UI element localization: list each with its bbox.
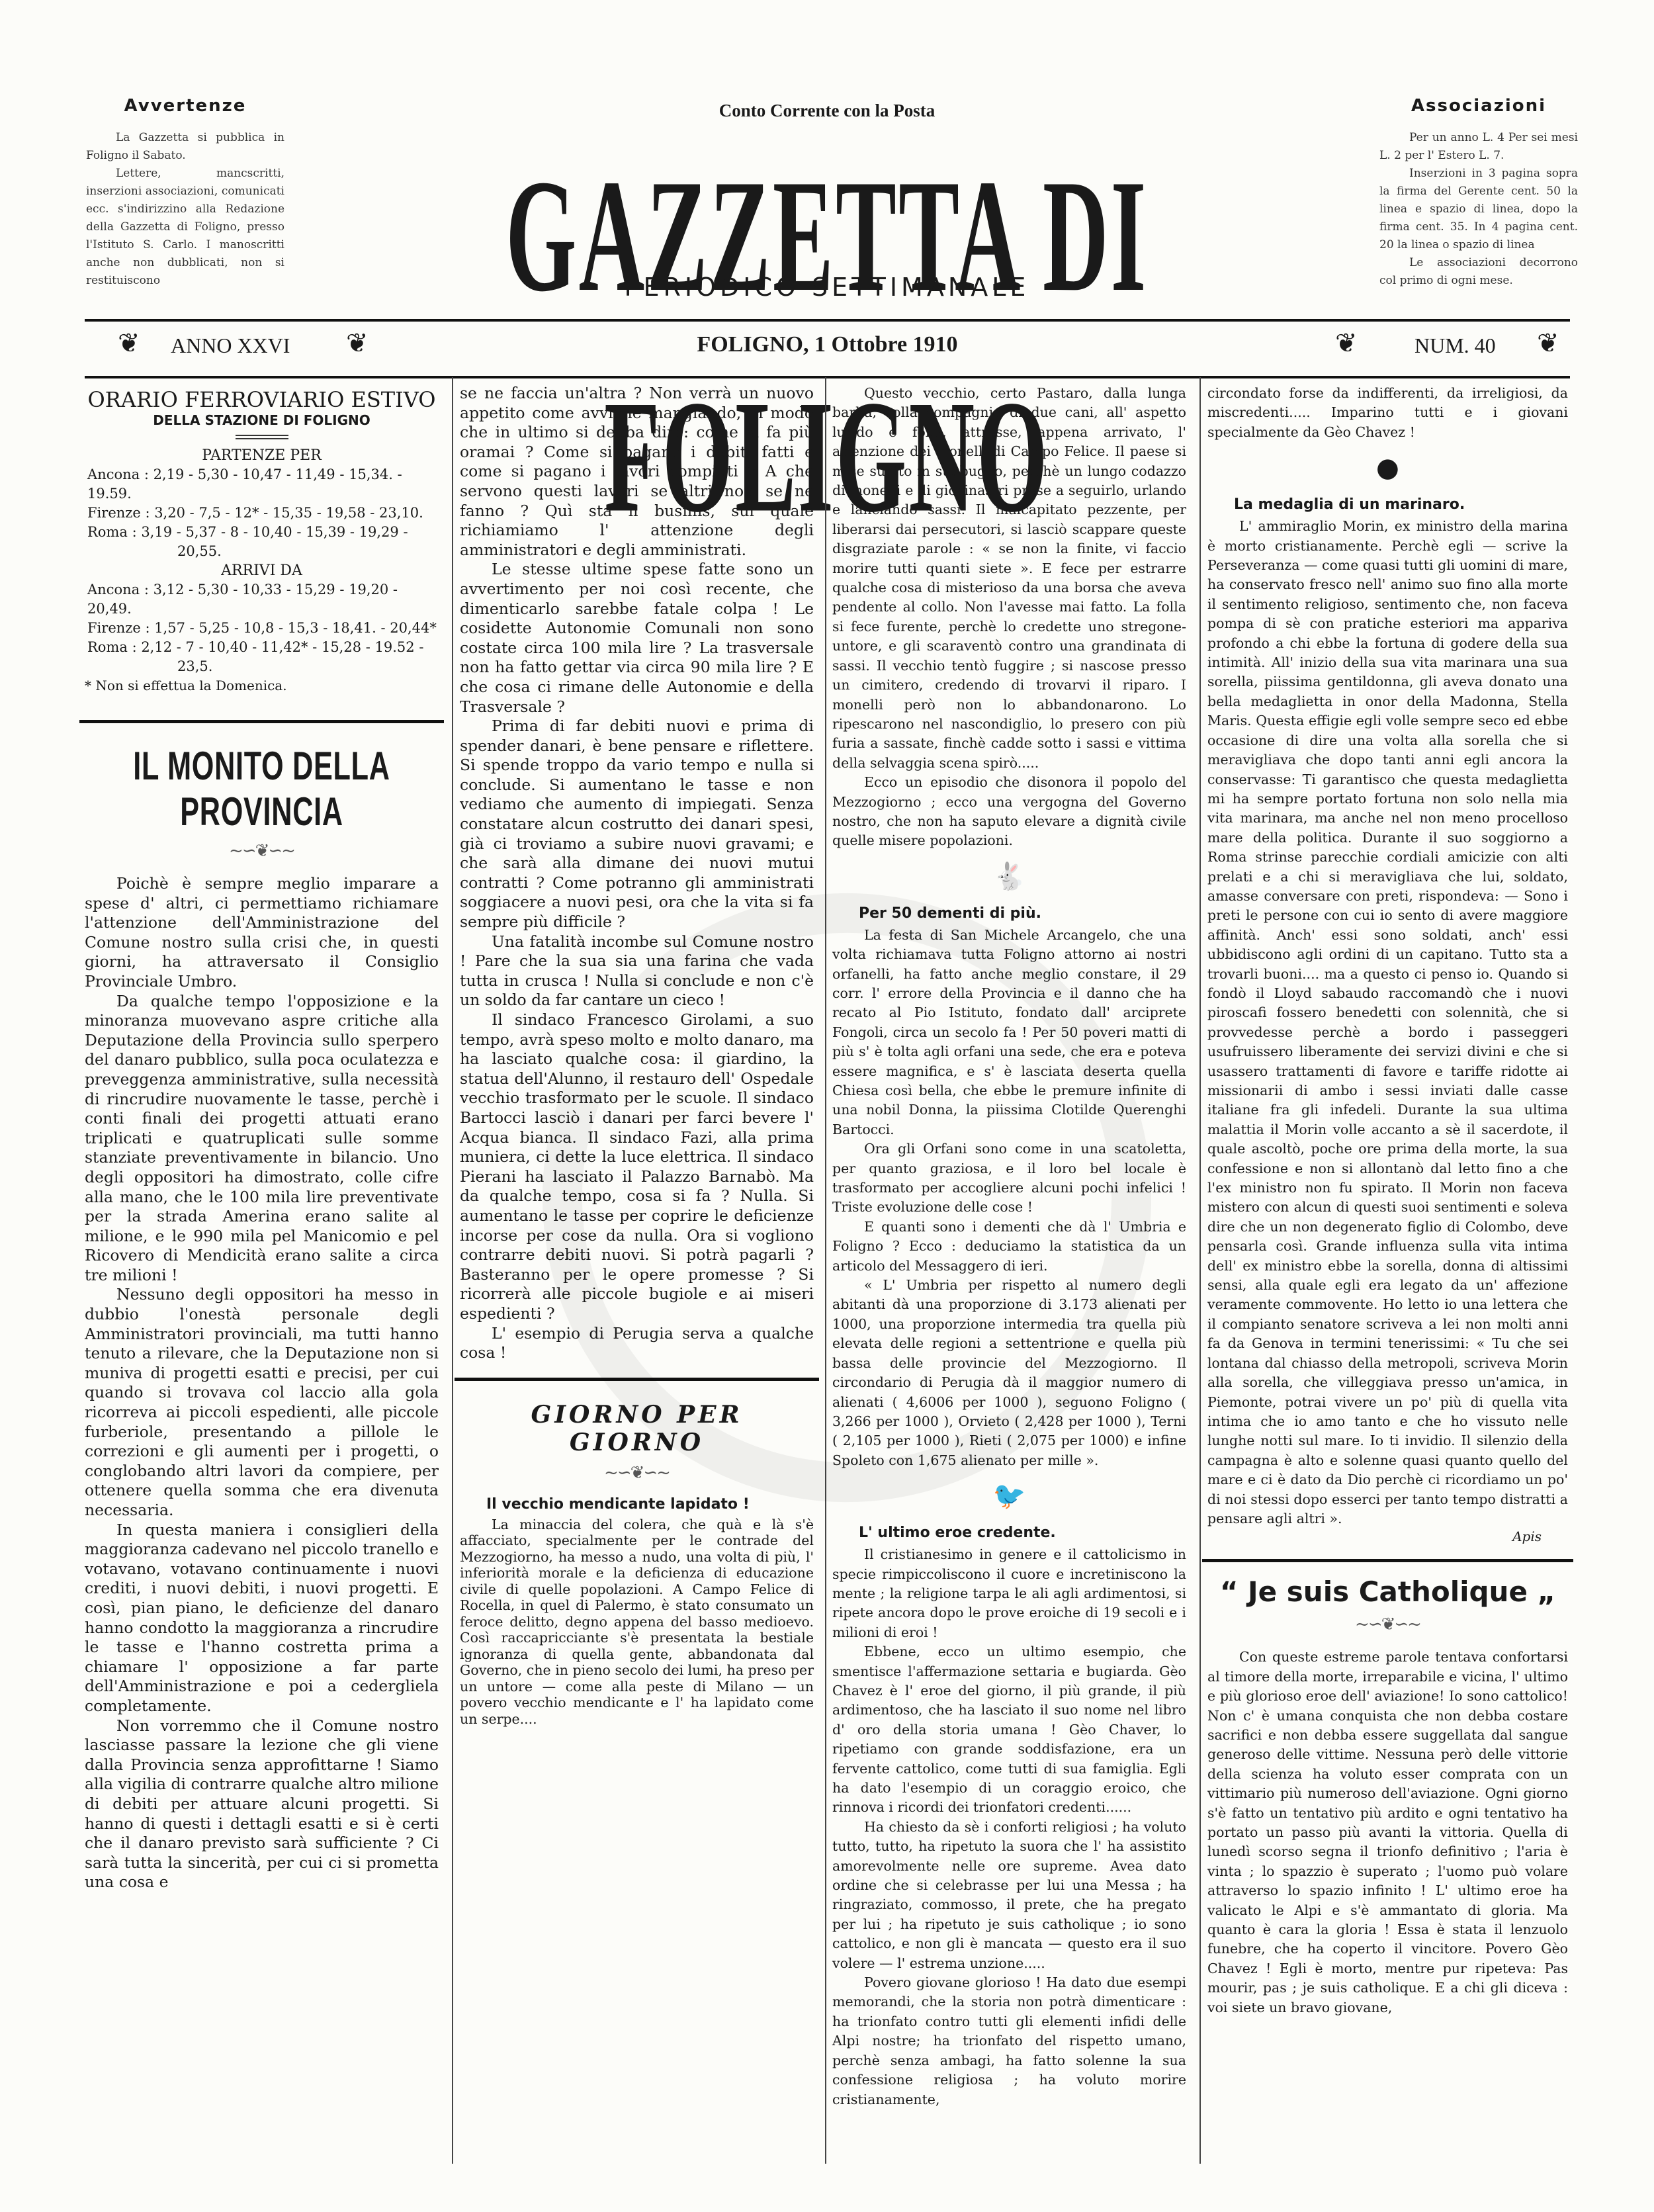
column-divider bbox=[1199, 377, 1201, 2164]
timetable-row: Roma : 2,12 - 7 - 10,40 - 11,42* - 15,28… bbox=[85, 638, 439, 657]
giorno-per-giorno-headline: GIORNO PER GIORNO bbox=[460, 1401, 814, 1456]
timetable-row: Ancona : 2,19 - 5,30 - 10,47 - 11,49 - 1… bbox=[85, 465, 439, 504]
issue-date-bar: ❦ ANNO XXVI ❦ FOLIGNO, 1 Ottobre 1910 ❦ … bbox=[85, 319, 1570, 378]
article-paragraph: In questa maniera i consiglieri della ma… bbox=[85, 1521, 439, 1716]
article-paragraph: Ora gli Orfani sono come in una scatolet… bbox=[832, 1139, 1186, 1217]
article-paragraph: Poichè è sempre meglio imparare a spese … bbox=[85, 874, 439, 992]
article-paragraph: Ebbene, ecco un ultimo esempio, che smen… bbox=[832, 1642, 1186, 1818]
scroll-ornament-icon: ~∽❦∽~ bbox=[85, 841, 439, 861]
column-1: ORARIO FERROVIARIO ESTIVO DELLA STAZIONE… bbox=[85, 384, 439, 1892]
dot-icon: ● bbox=[1207, 451, 1568, 484]
section-rule bbox=[455, 1378, 819, 1381]
timetable-row: Roma : 3,19 - 5,37 - 8 - 10,40 - 15,39 -… bbox=[85, 523, 439, 542]
article-paragraph: Ecco un episodio che disonora il popolo … bbox=[832, 773, 1186, 851]
article-paragraph: Una fatalità incombe sul Comune nostro !… bbox=[460, 932, 814, 1010]
avvertenze-text: Lettere, mancscritti, inserzioni associa… bbox=[86, 165, 284, 290]
partenze-header: PARTENZE PER bbox=[85, 447, 439, 464]
ornament-icon: ❦ bbox=[1537, 328, 1559, 359]
timetable-note: * Non si effettua la Domenica. bbox=[85, 678, 439, 693]
article-paragraph: se ne faccia un'altra ? Non verrà un nuo… bbox=[460, 384, 814, 560]
article-paragraph: Prima di far debiti nuovi e prima di spe… bbox=[460, 717, 814, 932]
section-rule bbox=[1202, 1559, 1573, 1562]
associazioni-text: Per un anno L. 4 Per sei mesi L. 2 per l… bbox=[1379, 129, 1578, 165]
article-paragraph: Povero giovane glorioso ! Ha dato due es… bbox=[832, 1973, 1186, 2109]
timetable-row: Firenze : 3,20 - 7,5 - 12* - 15,35 - 19,… bbox=[85, 504, 439, 523]
article-paragraph: Ha chiesto da sè i conforti religiosi ; … bbox=[832, 1818, 1186, 1973]
article-paragraph: « L' Umbria per rispetto al numero degli… bbox=[832, 1276, 1186, 1470]
column-3: Questo vecchio, certo Pastaro, dalla lun… bbox=[832, 384, 1186, 2109]
bird-icon: 🐦 bbox=[832, 1480, 1186, 1513]
signature: Apis bbox=[1207, 1528, 1568, 1544]
article-paragraph: Questo vecchio, certo Pastaro, dalla lun… bbox=[832, 384, 1186, 773]
section-rule bbox=[79, 720, 444, 723]
article-paragraph: Nessuno degli oppositori ha messo in dub… bbox=[85, 1285, 439, 1520]
article-paragraph: Le stesse ultime spese fatte sono un avv… bbox=[460, 560, 814, 717]
article-title: La medaglia di un marinaro. bbox=[1234, 496, 1568, 513]
associazioni-text: Le associazioni decorrono col primo di o… bbox=[1379, 254, 1578, 290]
avvertenze-text: La Gazzetta si pubblica in Foligno il Sa… bbox=[86, 129, 284, 165]
timetable-row: Firenze : 1,57 - 5,25 - 10,8 - 15,3 - 18… bbox=[85, 619, 439, 638]
ornament-icon: ❦ bbox=[1335, 328, 1358, 359]
timetable-row: 20,55. bbox=[85, 542, 439, 561]
timetable-row: Ancona : 3,12 - 5,30 - 10,33 - 15,29 - 1… bbox=[85, 580, 439, 619]
avvertenze-box: Avvertenze La Gazzetta si pubblica in Fo… bbox=[86, 96, 284, 290]
article-paragraph: Il cristianesimo in genere e il cattolic… bbox=[832, 1545, 1186, 1642]
column-divider bbox=[452, 377, 453, 2164]
orario-title: ORARIO FERROVIARIO ESTIVO bbox=[85, 387, 439, 412]
article-paragraph: Con queste estreme parole tentava confor… bbox=[1207, 1648, 1568, 2017]
article-paragraph: La minaccia del colera, che quà e là s'è… bbox=[460, 1517, 814, 1728]
article-paragraph: La festa di San Michele Arcangelo, che u… bbox=[832, 926, 1186, 1139]
je-suis-catholique-headline: “ Je suis Catholique „ bbox=[1207, 1575, 1568, 1608]
column-2: se ne faccia un'altra ? Non verrà un nuo… bbox=[460, 384, 814, 1727]
orario-subtitle: DELLA STAZIONE DI FOLIGNO bbox=[85, 412, 439, 428]
hare-icon: 🐇 bbox=[832, 860, 1186, 893]
issue-number: NUM. 40 bbox=[1415, 333, 1496, 358]
article-paragraph: circondato forse da indifferenti, da irr… bbox=[1207, 384, 1568, 442]
associazioni-text: Inserzioni in 3 pagina sopra la firma de… bbox=[1379, 165, 1578, 254]
associazioni-header: Associazioni bbox=[1379, 96, 1578, 116]
article-paragraph: E quanti sono i dementi che dà l' Umbria… bbox=[832, 1217, 1186, 1276]
column-4: circondato forse da indifferenti, da irr… bbox=[1207, 384, 1568, 2017]
column-divider bbox=[825, 377, 826, 2164]
scroll-ornament-icon: ~∽❦∽~ bbox=[460, 1463, 814, 1483]
article-paragraph: L' ammiraglio Morin, ex ministro della m… bbox=[1207, 517, 1568, 1528]
associazioni-box: Associazioni Per un anno L. 4 Per sei me… bbox=[1379, 96, 1578, 290]
article-paragraph: L' esempio di Perugia serva a qualche co… bbox=[460, 1324, 814, 1363]
newspaper-page: Avvertenze La Gazzetta si pubblica in Fo… bbox=[0, 0, 1654, 2212]
timetable-row: 23,5. bbox=[85, 657, 439, 676]
article-title: L' ultimo eroe credente. bbox=[859, 1525, 1186, 1541]
monito-headline: IL MONITO DELLA PROVINCIA bbox=[87, 743, 437, 834]
article-paragraph: Il sindaco Francesco Girolami, a suo tem… bbox=[460, 1010, 814, 1324]
scroll-ornament-icon: ~∽❦∽~ bbox=[1207, 1615, 1568, 1634]
article-title: Il vecchio mendicante lapidato ! bbox=[486, 1496, 814, 1513]
article-paragraph: Non vorremmo che il Comune nostro lascia… bbox=[85, 1716, 439, 1892]
arrivi-header: ARRIVI DA bbox=[85, 562, 439, 579]
article-paragraph: Da qualche tempo l'opposizione e la mino… bbox=[85, 992, 439, 1286]
double-rule bbox=[236, 435, 288, 439]
article-title: Per 50 dementi di più. bbox=[859, 905, 1186, 922]
